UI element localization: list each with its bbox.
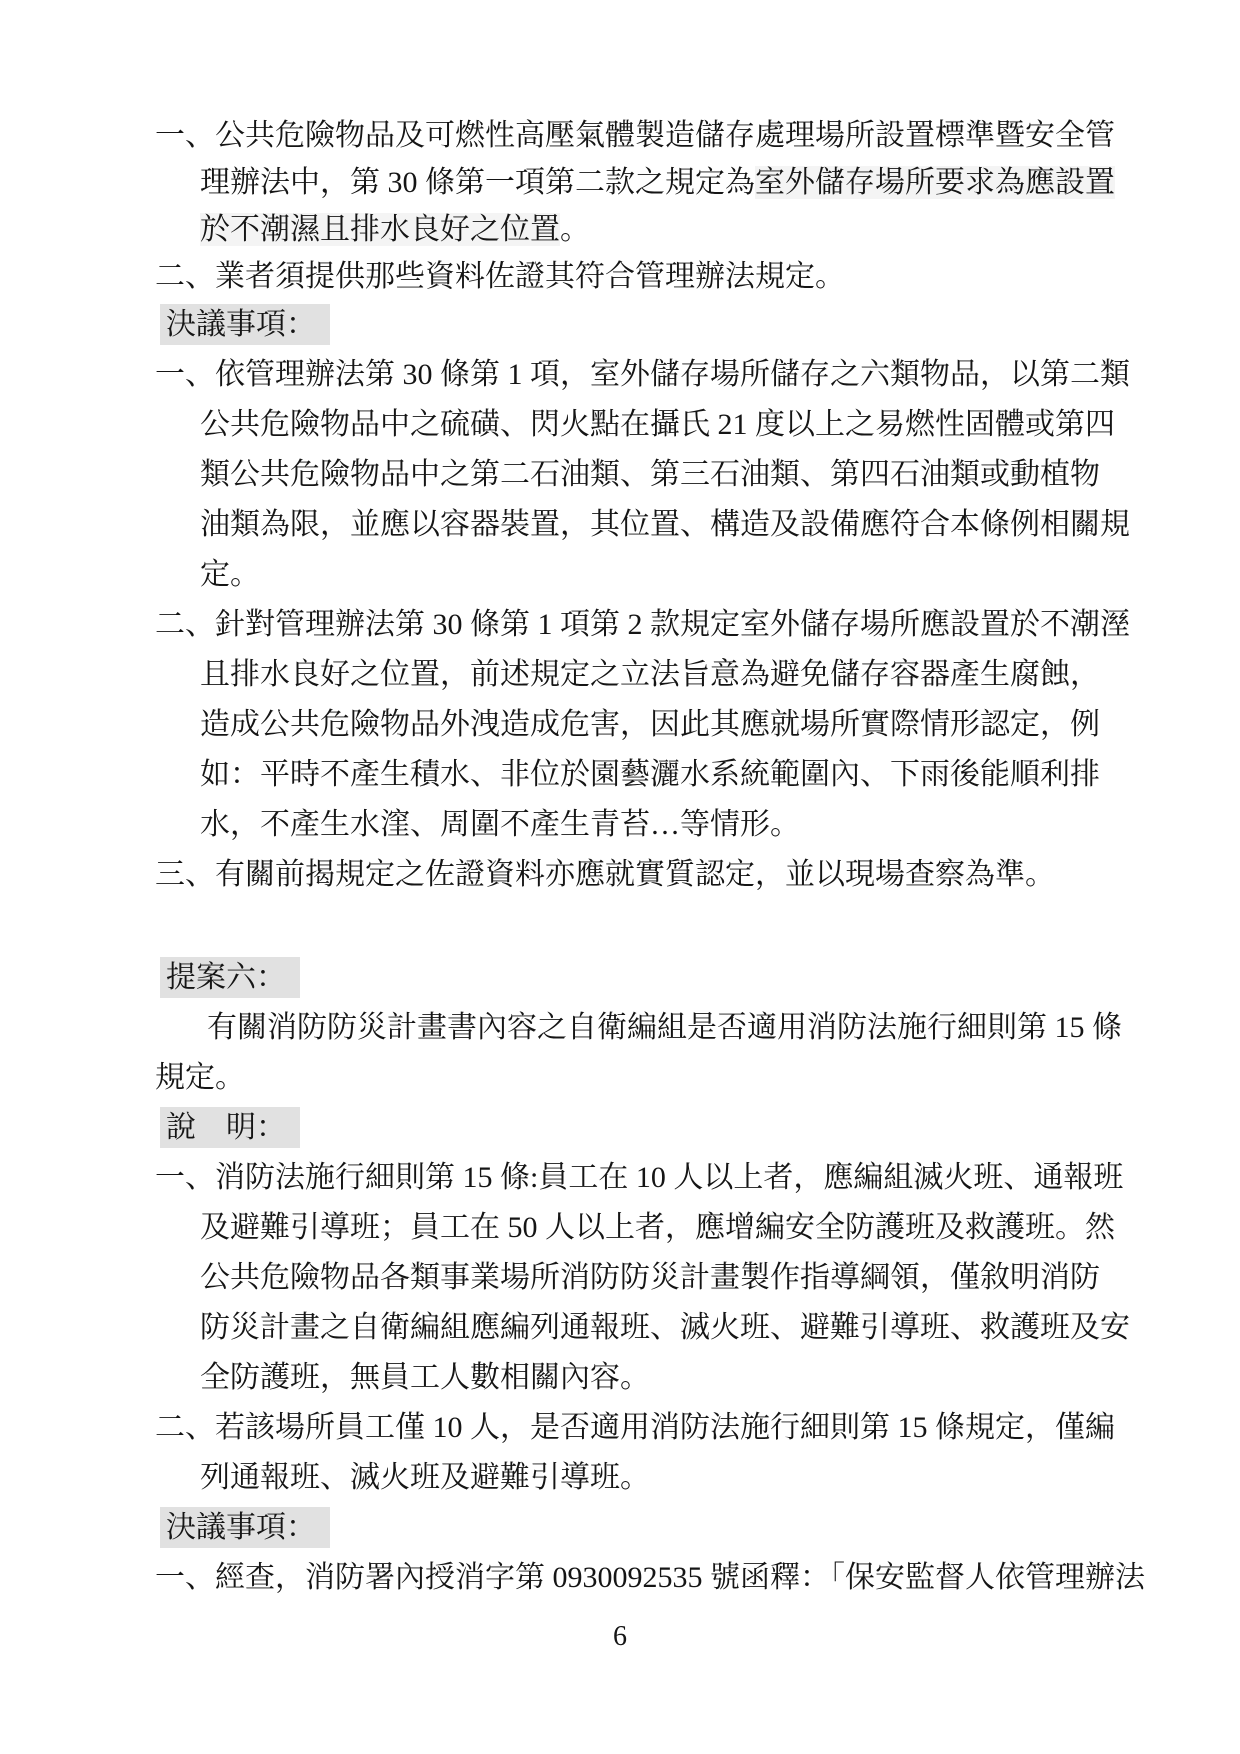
text-run: 三、有關前揭規定之佐證資料亦應就實質認定，並以現場查察為準。 [155, 858, 1055, 891]
text-line: 三、有關前揭規定之佐證資料亦應就實質認定，並以現場查察為準。 [155, 850, 1135, 900]
text-run: 規定。 [155, 1061, 245, 1094]
text-line: 定。 [155, 550, 1135, 600]
text-line: 類公共危險物品中之第二石油類、第三石油類、第四石油類或動植物 [155, 450, 1135, 500]
text-line: 一、經查，消防署內授消字第 0930092535 號函釋：「保安監督人依管理辦法 [155, 1553, 1135, 1603]
text-line: 公共危險物品中之硫磺、閃火點在攝氏 21 度以上之易燃性固體或第四 [155, 400, 1135, 450]
text-line: 公共危險物品各類事業場所消防防災計畫製作指導綱領，僅敘明消防 [155, 1253, 1135, 1303]
text-line: 水，不產生水漥、周圍不產生青苔…等情形。 [155, 800, 1135, 850]
text-run: 列通報班、滅火班及避難引導班。 [200, 1461, 650, 1494]
text-run: 一、公共危險物品及可燃性高壓氣體製造儲存處理場所設置標準暨安全管 [155, 119, 1115, 152]
text-line: 造成公共危險物品外洩造成危害，因此其應就場所實際情形認定，例 [155, 700, 1135, 750]
document-page: 一、公共危險物品及可燃性高壓氣體製造儲存處理場所設置標準暨安全管理辦法中，第 3… [0, 0, 1240, 1754]
text-run: 類公共危險物品中之第二石油類、第三石油類、第四石油類或動植物 [200, 458, 1100, 491]
text-run: 有關消防防災計畫書內容之自衛編組是否適用消防法施行細則第 15 條 [207, 1011, 1122, 1044]
text-run: 二、若該場所員工僅 10 人，是否適用消防法施行細則第 15 條規定，僅編 [155, 1411, 1115, 1444]
text-run: 防災計畫之自衛編組應編列通報班、滅火班、避難引導班、救護班及安 [200, 1311, 1130, 1344]
text-run: 一、依管理辦法第 30 條第 1 項，室外儲存場所儲存之六類物品，以第二類 [155, 358, 1130, 391]
page-number: 6 [0, 1612, 1240, 1662]
text-run: 造成公共危險物品外洩造成危害，因此其應就場所實際情形認定，例 [200, 708, 1100, 741]
text-run: 公共危險物品各類事業場所消防防災計畫製作指導綱領，僅敘明消防 [200, 1261, 1100, 1294]
text-run: 定。 [200, 558, 260, 591]
text-line: 有關消防防災計畫書內容之自衛編組是否適用消防法施行細則第 15 條 [155, 1003, 1135, 1053]
text-run: 如：平時不產生積水、非位於園藝灑水系統範圍內、下雨後能順利排 [200, 758, 1100, 791]
text-run: 。 [560, 213, 590, 246]
text-run: 且排水良好之位置，前述規定之立法旨意為避免儲存容器產生腐蝕， [200, 658, 1100, 691]
section-header-text: 決議事項： [160, 304, 330, 345]
section-header-line: 說 明： [155, 1103, 1135, 1153]
section-header-line: 提案六： [155, 953, 1135, 1003]
highlighted-text: 室外儲存場所要求為應設置 [755, 166, 1115, 199]
text-run: 公共危險物品中之硫磺、閃火點在攝氏 21 度以上之易燃性固體或第四 [200, 408, 1115, 441]
text-line: 一、公共危險物品及可燃性高壓氣體製造儲存處理場所設置標準暨安全管 [155, 112, 1135, 159]
text-line: 理辦法中，第 30 條第一項第二款之規定為室外儲存場所要求為應設置 [155, 159, 1135, 206]
text-run: 油類為限，並應以容器裝置，其位置、構造及設備應符合本條例相關規 [200, 508, 1130, 541]
text-run: 二、針對管理辦法第 30 條第 1 項第 2 款規定室外儲存場所應設置於不潮溼 [155, 608, 1130, 641]
document-body: 一、公共危險物品及可燃性高壓氣體製造儲存處理場所設置標準暨安全管理辦法中，第 3… [155, 112, 1135, 1603]
text-run: 全防護班，無員工人數相關內容。 [200, 1361, 650, 1394]
text-line: 及避難引導班；員工在 50 人以上者，應增編安全防護班及救護班。然 [155, 1203, 1135, 1253]
text-line: 油類為限，並應以容器裝置，其位置、構造及設備應符合本條例相關規 [155, 500, 1135, 550]
text-line: 全防護班，無員工人數相關內容。 [155, 1353, 1135, 1403]
text-line: 二、若該場所員工僅 10 人，是否適用消防法施行細則第 15 條規定，僅編 [155, 1403, 1135, 1453]
text-run: 二、業者須提供那些資料佐證其符合管理辦法規定。 [155, 260, 845, 293]
text-run: 水，不產生水漥、周圍不產生青苔…等情形。 [200, 808, 800, 841]
text-line: 且排水良好之位置，前述規定之立法旨意為避免儲存容器產生腐蝕， [155, 650, 1135, 700]
text-line: 列通報班、滅火班及避難引導班。 [155, 1453, 1135, 1503]
text-run: 理辦法中，第 30 條第一項第二款之規定為 [200, 166, 755, 199]
section-header-line: 決議事項： [155, 300, 1135, 350]
section-header-text: 提案六： [160, 957, 300, 998]
text-line: 規定。 [155, 1053, 1135, 1103]
text-run: 及避難引導班；員工在 50 人以上者，應增編安全防護班及救護班。然 [200, 1211, 1115, 1244]
section-header-text: 說 明： [160, 1107, 300, 1148]
section-header-line: 決議事項： [155, 1503, 1135, 1553]
highlighted-text: 於不潮濕且排水良好之位置 [200, 213, 560, 246]
text-run: 一、消防法施行細則第 15 條:員工在 10 人以上者，應編組滅火班、通報班 [155, 1161, 1123, 1194]
text-line: 於不潮濕且排水良好之位置。 [155, 206, 1135, 253]
text-line: 一、消防法施行細則第 15 條:員工在 10 人以上者，應編組滅火班、通報班 [155, 1153, 1135, 1203]
text-line: 二、業者須提供那些資料佐證其符合管理辦法規定。 [155, 253, 1135, 300]
text-line: 如：平時不產生積水、非位於園藝灑水系統範圍內、下雨後能順利排 [155, 750, 1135, 800]
text-line: 二、針對管理辦法第 30 條第 1 項第 2 款規定室外儲存場所應設置於不潮溼 [155, 600, 1135, 650]
text-line: 一、依管理辦法第 30 條第 1 項，室外儲存場所儲存之六類物品，以第二類 [155, 350, 1135, 400]
text-line: 防災計畫之自衛編組應編列通報班、滅火班、避難引導班、救護班及安 [155, 1303, 1135, 1353]
text-run: 一、經查，消防署內授消字第 0930092535 號函釋：「保安監督人依管理辦法 [155, 1561, 1145, 1594]
section-header-text: 決議事項： [160, 1507, 330, 1548]
